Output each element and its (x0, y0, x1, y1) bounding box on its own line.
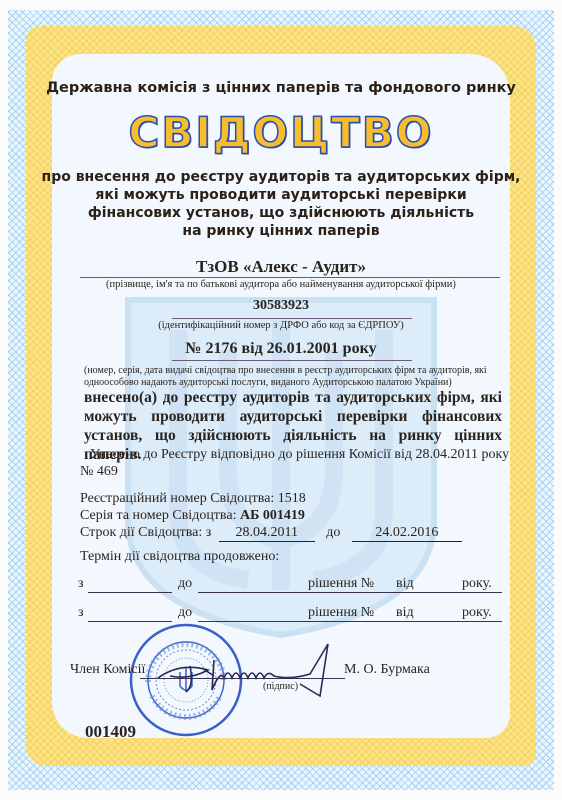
edrpou-code: 30583923 (0, 298, 562, 314)
extension-to-label: до (178, 576, 192, 592)
decision-number: № 469 (80, 463, 118, 480)
code-underline (172, 318, 412, 319)
extension-year-label: року. (462, 605, 492, 621)
firm-name: ТзОВ «Алекс - Аудит» (0, 257, 562, 277)
code-caption: (ідентифікаційний номер з ДРФО або код з… (0, 320, 562, 331)
extension-year-label: року. (462, 576, 492, 592)
validity-label: Строк дії Свідоцтва: з (80, 525, 211, 540)
extension-row: з до рішення № від року. (78, 576, 502, 594)
signatory-name: М. О. Бурмака (344, 662, 430, 678)
certificate-subtitle: про внесення до реєстру аудиторів та ауд… (0, 168, 562, 240)
registration-number: Реєстраційний номер Свідоцтва: 1518 (80, 490, 306, 507)
validity-from: 28.04.2011 (219, 524, 315, 542)
series-label: Серія та номер Свідоцтва: (80, 508, 236, 523)
extension-from-label: з (78, 605, 84, 621)
extension-decision-label: рішення № (308, 605, 374, 621)
extension-heading: Термін дії свідоцтва продовжено: (80, 548, 279, 565)
decision-line: Унесено до Реєстру відповідно до рішення… (90, 446, 509, 463)
certificate-title: СВІДОЦТВО (0, 108, 562, 157)
chamber-certificate-reference: № 2176 від 26.01.2001 року (0, 340, 562, 358)
validity-to-label: до (326, 525, 340, 540)
registration-value: 1518 (278, 491, 306, 506)
subtitle-line: на ринку цінних паперів (0, 222, 562, 240)
issuing-agency: Державна комісія з цінних паперів та фон… (0, 80, 562, 96)
extension-to-label: до (178, 605, 192, 621)
extension-decision-label: рішення № (308, 576, 374, 592)
signatory-role: Член Комісії (70, 662, 145, 678)
extension-from-line (88, 592, 172, 593)
extension-date-label: від (396, 605, 414, 621)
subtitle-line: фінансових установ, що здійснюють діяльн… (0, 204, 562, 222)
serial-number: 001409 (85, 722, 136, 742)
subtitle-line: які можуть проводити аудиторські перевір… (0, 186, 562, 204)
registration-label: Реєстраційний номер Свідоцтва: (80, 491, 274, 506)
firm-name-underline (80, 277, 500, 278)
signature-icon (150, 640, 350, 710)
extension-from-label: з (78, 576, 84, 592)
extension-row: з до рішення № від року. (78, 605, 502, 623)
firm-name-caption: (прізвище, ім'я та по батькові аудитора … (0, 279, 562, 290)
series-number: Серія та номер Свідоцтва: АБ 001419 (80, 507, 305, 524)
series-value: АБ 001419 (240, 508, 305, 523)
cert-ref-underline (172, 360, 412, 361)
extension-to-line (198, 592, 502, 593)
validity-to: 24.02.2016 (352, 524, 462, 542)
subtitle-line: про внесення до реєстру аудиторів та ауд… (0, 168, 562, 186)
signature-caption: (підпис) (263, 681, 298, 692)
cert-ref-caption: (номер, серія, дата видачі свідоцтва про… (84, 365, 504, 389)
extension-date-label: від (396, 576, 414, 592)
validity-period: Строк дії Свідоцтва: з 28.04.2011 до 24.… (80, 524, 462, 542)
